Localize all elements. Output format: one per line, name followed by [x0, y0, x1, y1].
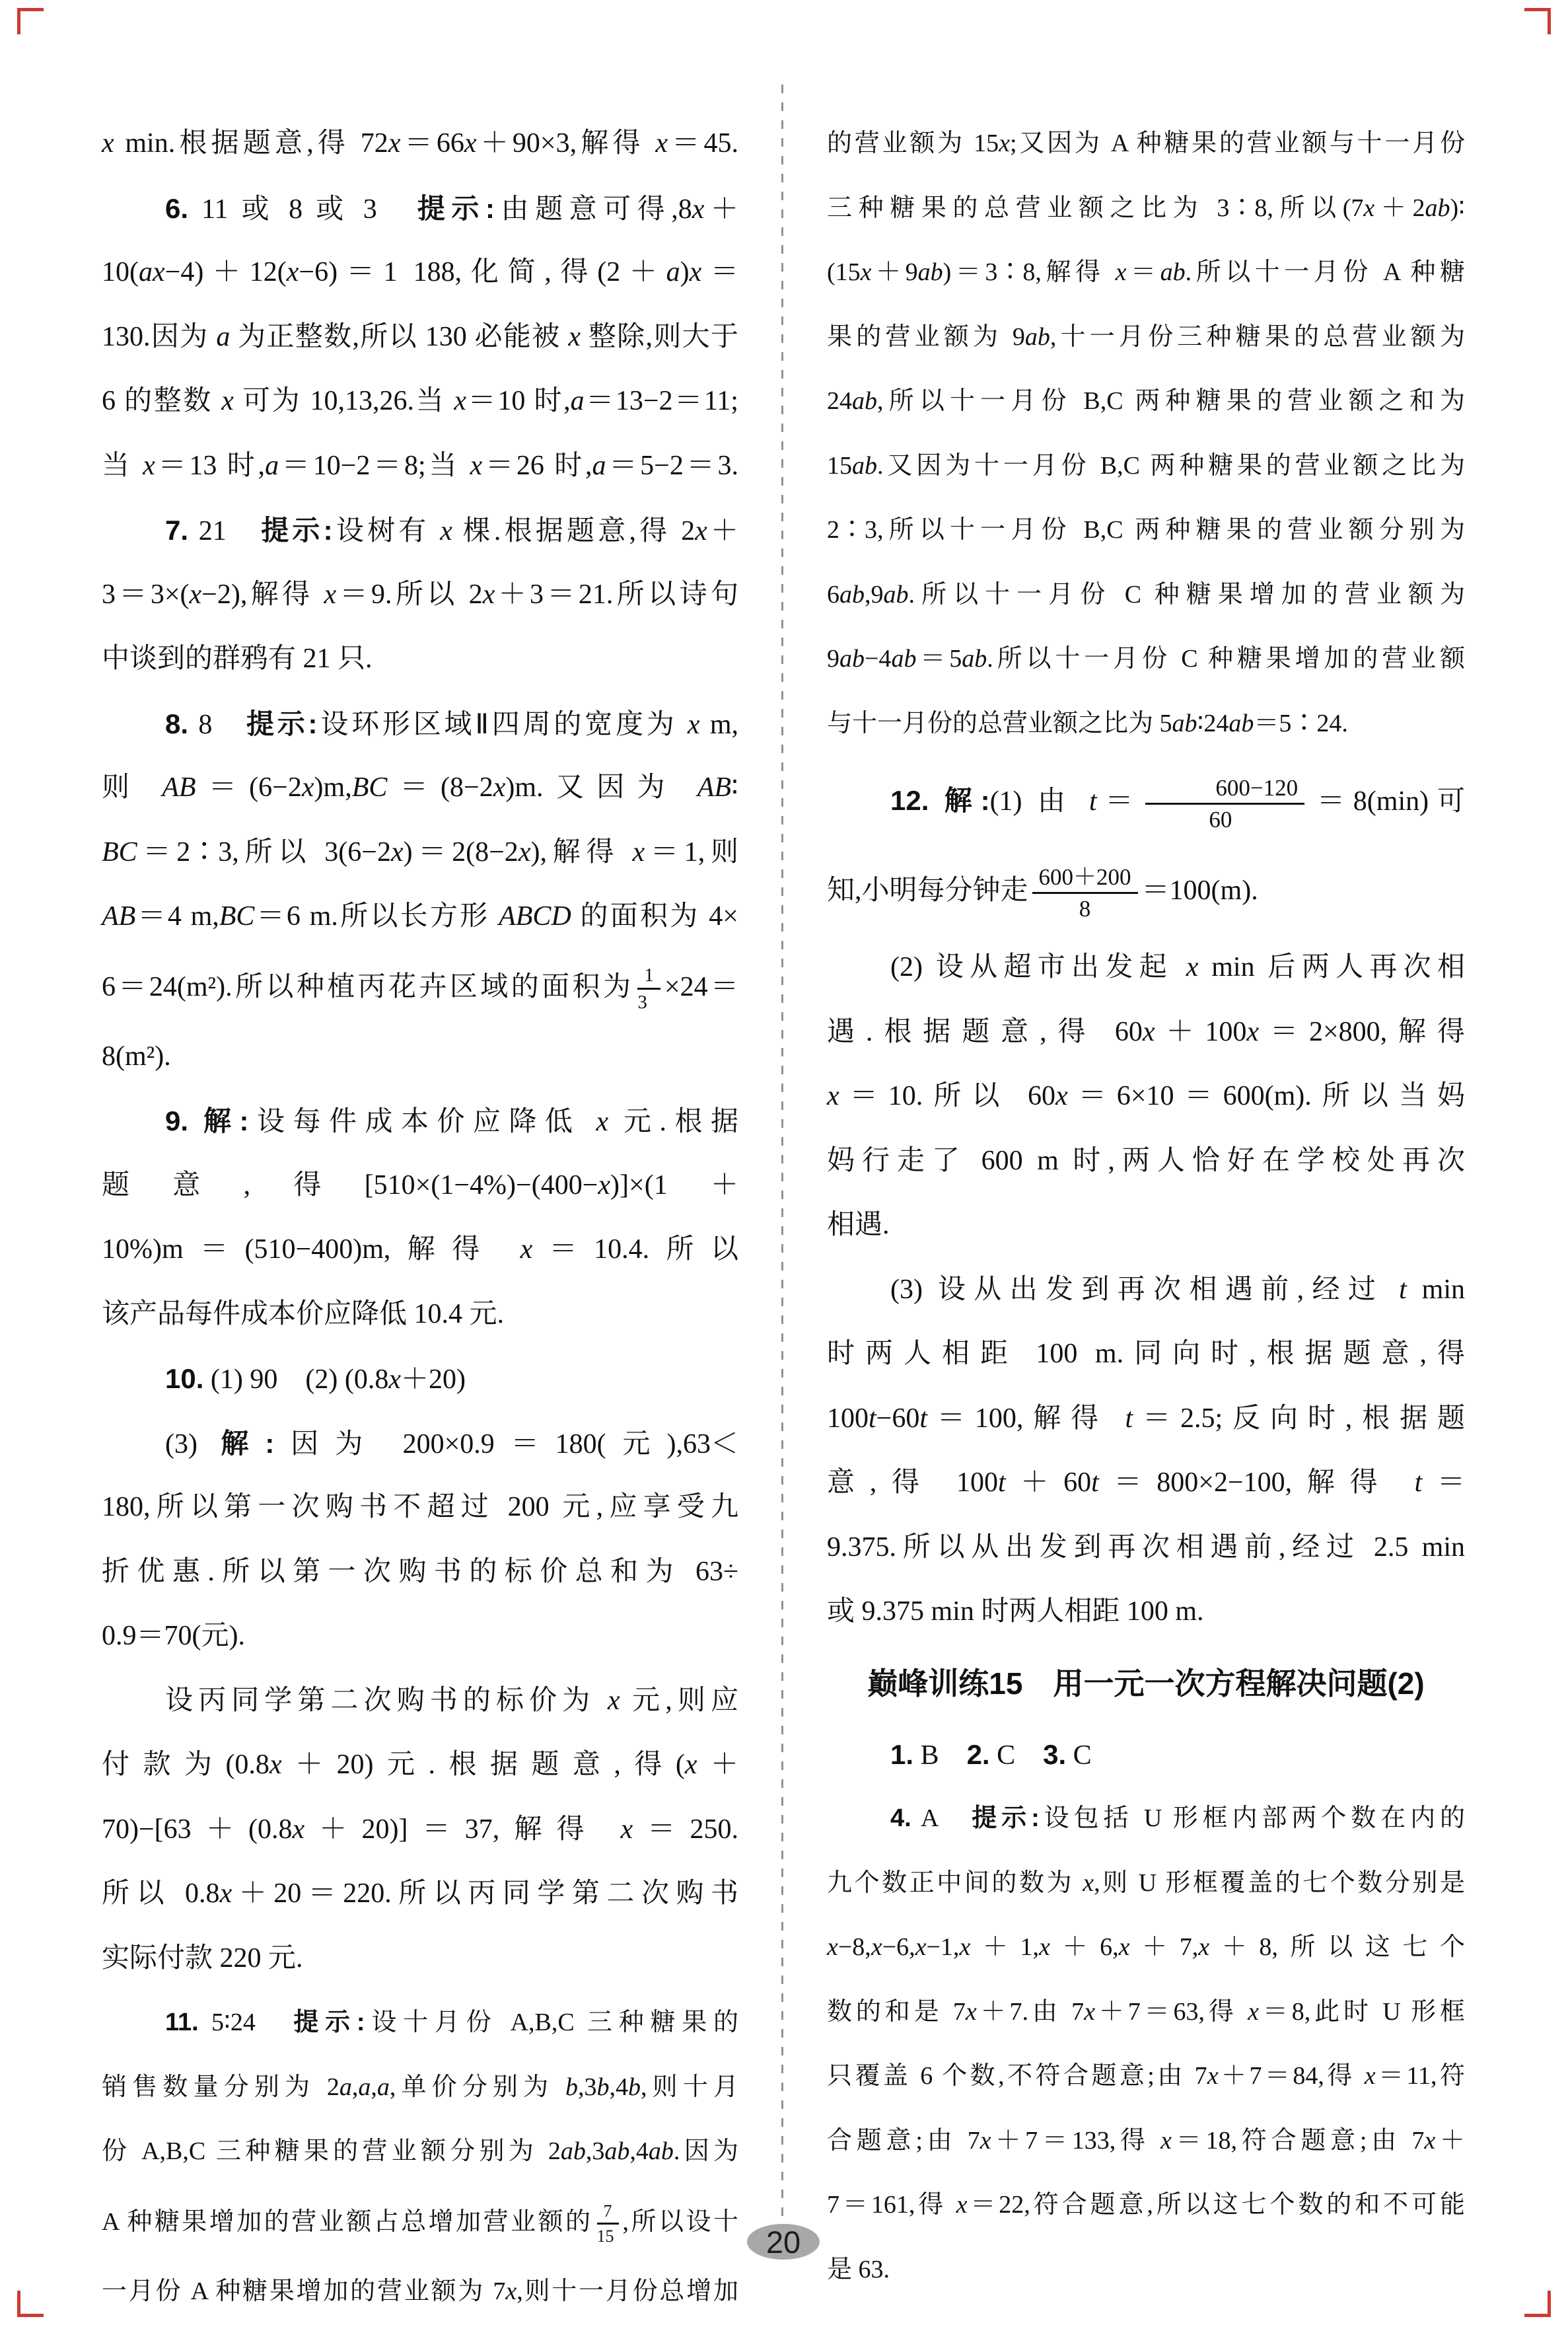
text-line: 意,得 100t＋60t＝800×2−100,解得 t＝	[827, 1451, 1465, 1516]
text-line: 9. 解:设每件成本价应降低 x 元.根据	[102, 1089, 738, 1154]
math-variable: a	[358, 2073, 371, 2101]
math-variable: x	[685, 1750, 697, 1780]
math-variable: x	[1119, 1933, 1130, 1961]
math-variable: x	[692, 194, 705, 225]
text-segment: x＝10.所以 60x＝6×10＝600(m).所以当妈	[827, 1081, 1465, 1111]
text-line: 一月份 A 种糖果增加的营业额为 7x,则十一月份总增加	[102, 2260, 738, 2324]
text-line: (2) 设从超市出发起 x min 后两人再次相	[827, 936, 1465, 1000]
text-segment: 因为 200×0.9＝180(元),63＜	[274, 1429, 738, 1459]
math-variable: x	[302, 772, 314, 803]
math-variable: x	[956, 2191, 968, 2219]
text-line: 6＝24(m²).所以种植丙花卉区域的面积为13×24＝	[102, 949, 738, 1025]
math-variable: x	[827, 1081, 839, 1111]
math-variable: ab	[604, 2137, 629, 2165]
text-segment: 遇.根据题意,得 60x＋100x＝2×800,解得	[827, 1017, 1465, 1047]
text-segment: 15ab.又因为十一月份 B,C 两种糖果的营业额之比为	[827, 452, 1465, 480]
text-line: 时两人相距 100 m.同向时,根据题意,得	[827, 1322, 1465, 1387]
text-line: 10%)m＝(510−400)m,解得 x＝10.4.所以	[102, 1218, 738, 1282]
text-segment: ＝8(min)可	[1308, 786, 1465, 817]
text-segment: 的营业额为 15x;又因为 A 种糖果的营业额与十一月份	[827, 129, 1465, 157]
math-variable: AB	[102, 901, 135, 932]
bold-label: 解:	[221, 1428, 274, 1459]
math-variable: x	[292, 1814, 304, 1845]
text-line: 果的营业额为 9ab,十一月份三种糖果的总营业额为	[827, 305, 1465, 370]
text-segment: 该产品每件成本价应降低 10.4 元.	[102, 1299, 504, 1329]
math-variable: x	[1055, 1081, 1068, 1111]
text-segment: 设树有 x 棵.根据题意,得 2x＋	[333, 516, 738, 546]
text-segment: BC＝2∶3,所以 3(6−2x)＝2(8−2x),解得 x＝1,则	[102, 837, 738, 867]
math-variable: x	[1143, 1017, 1155, 1047]
text-segment: 实际付款 220 元.	[102, 1943, 303, 1974]
corner-mark-top-right	[1524, 8, 1551, 34]
answer-book-page: x min.根据题意,得 72x＝66x＋90×3,解得 x＝45.6. 11 …	[0, 0, 1568, 2325]
math-variable: x	[454, 386, 466, 416]
math-variable: x	[102, 128, 114, 159]
page-number-badge: 20	[747, 2224, 820, 2260]
text-line: 6 的整数 x 可为 10,13,26.当 x＝10 时,a＝13−2＝11;	[102, 369, 738, 434]
math-variable: b	[596, 2073, 609, 2101]
math-variable: a	[216, 322, 230, 352]
math-variable: a	[666, 257, 680, 287]
fraction: 600−12060	[1145, 775, 1304, 832]
bold-label: 4.	[890, 1804, 911, 1832]
text-line: 12. 解:(1) 由 t＝600−12060＝8(min)可	[827, 756, 1465, 846]
text-line: (15x＋9ab)＝3∶8,解得 x＝ab.所以十一月份 A 种糖	[827, 240, 1465, 305]
math-variable: ab	[561, 2137, 586, 2165]
math-variable: x	[440, 516, 452, 546]
math-variable: x	[827, 1933, 838, 1961]
text-segment: (3) 设从出发到再次相遇前,经过 t min	[890, 1274, 1465, 1305]
math-variable: x	[861, 258, 872, 286]
math-variable: t	[1091, 1467, 1099, 1498]
math-variable: ab	[1425, 194, 1450, 222]
math-variable: BC	[352, 772, 388, 803]
text-segment: (3)	[165, 1429, 221, 1459]
text-segment: 折优惠.所以第一次购书的标价总和为 63÷	[102, 1557, 738, 1587]
bold-label: 解:	[203, 1105, 248, 1136]
math-variable: a	[592, 451, 606, 481]
text-segment: (1) 90 (2) (0.8x＋20)	[203, 1364, 466, 1395]
text-segment	[929, 786, 944, 817]
text-line: 付款为(0.8x＋20)元.根据题意,得(x＋	[102, 1733, 738, 1798]
text-line: x＝10.所以 60x＝6×10＝600(m).所以当妈	[827, 1064, 1465, 1129]
text-line: 相遇.	[827, 1193, 1465, 1258]
text-segment: AB＝4 m,BC＝6 m.所以长方形 ABCD 的面积为 4×	[102, 901, 738, 932]
text-line: 3＝3×(x−2),解得 x＝9.所以 2x＋3＝21.所以诗句	[102, 563, 738, 628]
text-segment	[188, 1107, 203, 1137]
text-line: 折优惠.所以第一次购书的标价总和为 63÷	[102, 1540, 738, 1605]
text-segment: ,所以设十	[623, 2208, 738, 2236]
math-variable: x	[388, 128, 401, 159]
text-segment: 3＝3×(x−2),解得 x＝9.所以 2x＋3＝21.所以诗句	[102, 579, 738, 610]
page-number: 20	[766, 2224, 801, 2260]
text-line: 或 9.375 min 时两人相距 100 m.	[827, 1580, 1465, 1644]
math-variable: ab	[1172, 710, 1197, 737]
bold-label: 解:	[944, 785, 990, 816]
text-line: 10(ax−4)＋12(x−6)＝1 188,化简,得(2＋a)x＝	[102, 240, 738, 305]
text-segment: 6＝24(m²).所以种植丙花卉区域的面积为	[102, 972, 633, 1002]
text-segment: x min.根据题意,得 72x＝66x＋90×3,解得 x＝45.	[102, 128, 738, 159]
text-line: 4. A 提示:设包括 U 形框内部两个数在内的	[827, 1787, 1465, 1851]
text-line: AB＝4 m,BC＝6 m.所以长方形 ABCD 的面积为 4×	[102, 885, 738, 949]
math-variable: x	[1116, 258, 1127, 286]
text-segment: B	[913, 1740, 967, 1771]
text-segment: 70)−[63＋(0.8x＋20)]＝37,解得 x＝250.	[102, 1814, 738, 1845]
math-variable: x	[596, 1107, 608, 1137]
math-variable: ab	[852, 452, 877, 480]
text-line: 0.9＝70(元).	[102, 1604, 738, 1669]
text-segment: 设包括 U 形框内部两个数在内的	[1040, 1804, 1465, 1832]
math-variable: ab	[1229, 710, 1254, 737]
text-segment: (1) 由 t＝	[990, 786, 1142, 817]
text-segment: 8(m²).	[102, 1041, 171, 1072]
text-segment: (15x＋9ab)＝3∶8,解得 x＝ab.所以十一月份 A 种糖	[827, 258, 1465, 286]
corner-mark-bottom-right	[1524, 2291, 1551, 2317]
math-variable: x	[220, 1878, 232, 1909]
text-segment: C	[990, 1740, 1044, 1771]
text-segment: 设丙同学第二次购书的标价为 x 元,则应	[165, 1685, 738, 1716]
text-segment: 九个数正中间的数为 x,则 U 形框覆盖的七个数分别是	[827, 1869, 1465, 1897]
text-segment: 180,所以第一次购书不超过 200 元,应享受九	[102, 1492, 738, 1522]
text-line: 中谈到的群鸦有 21 只.	[102, 627, 738, 692]
fraction: 600＋2008	[1032, 864, 1138, 922]
text-line: 与十一月份的总营业额之比为 5ab∶24ab＝5∶24.	[827, 692, 1465, 757]
bold-label: 1.	[890, 1739, 913, 1770]
text-segment: 10%)m＝(510−400)m,解得 x＝10.4.所以	[102, 1234, 738, 1265]
math-variable: x	[269, 1750, 282, 1780]
text-line: 只覆盖 6 个数,不符合题意;由 7x＋7＝84,得 x＝11,符	[827, 2044, 1465, 2109]
math-variable: x	[980, 2127, 991, 2155]
text-line: 销售数量分别为 2a,a,a,单价分别为 b,3b,4b,则十月	[102, 2055, 738, 2120]
math-variable: x	[1160, 2127, 1172, 2155]
text-segment: 6ab,9ab.所以十一月份 C 种糖果增加的营业额为	[827, 581, 1465, 609]
text-line: 当 x＝13 时,a＝10−2＝8;当 x＝26 时,a＝5−2＝3.	[102, 434, 738, 499]
text-line: 9ab−4ab＝5ab.所以十一月份 C 种糖果增加的营业额	[827, 627, 1465, 692]
math-variable: x	[221, 386, 234, 416]
math-variable: x	[493, 772, 506, 803]
text-segment: 相遇.	[827, 1210, 890, 1240]
bold-label: 提示:	[261, 515, 332, 546]
math-variable: x	[1084, 1998, 1095, 2026]
text-segment: 5∶24	[199, 2009, 294, 2036]
text-segment: 妈行走了 600 m 时,两人恰好在学校处再次	[827, 1146, 1465, 1176]
corner-mark-top-left	[17, 8, 44, 34]
text-segment: 与十一月份的总营业额之比为 5ab∶24ab＝5∶24.	[827, 710, 1348, 737]
math-variable: x	[520, 1234, 533, 1265]
text-segment: 中谈到的群鸦有 21 只.	[102, 644, 373, 674]
text-line: 100t−60t＝100,解得 t＝2.5;反向时,根据题	[827, 1387, 1465, 1452]
text-line: (3) 设从出发到再次相遇前,经过 t min	[827, 1258, 1465, 1323]
math-variable: x	[1248, 1998, 1259, 2026]
text-line: 130.因为 a 为正整数,所以 130 必能被 x 整除,则大于	[102, 305, 738, 370]
text-segment: 24ab,所以十一月份 B,C 两种糖果的营业额之和为	[827, 387, 1465, 415]
section-header: 巅峰训练15 用一元一次方程解决问题(2)	[827, 1644, 1465, 1722]
math-variable: x	[388, 1364, 401, 1395]
bold-label: 巅峰训练15 用一元一次方程解决问题(2)	[867, 1666, 1424, 1701]
math-variable: a	[571, 386, 585, 416]
math-variable: x	[598, 1170, 610, 1200]
text-line: 份 A,B,C 三种糖果的营业额分别为 2ab,3ab,4ab.因为	[102, 2120, 738, 2184]
math-variable: t	[1415, 1467, 1423, 1498]
math-variable: x	[871, 1933, 882, 1961]
right-text-column: 的营业额为 15x;又因为 A 种糖果的营业额与十一月份三种糖果的总营业额之比为…	[827, 0, 1465, 2302]
math-variable: x	[470, 451, 483, 481]
text-line: 8(m²).	[102, 1025, 738, 1089]
text-segment: 意,得 100t＋60t＝800×2−100,解得 t＝	[827, 1467, 1465, 1498]
text-line: 九个数正中间的数为 x,则 U 形框覆盖的七个数分别是	[827, 1851, 1465, 1916]
text-line: 该产品每件成本价应降低 10.4 元.	[102, 1282, 738, 1347]
text-segment: 9.375.所以从出发到再次相遇前,经过 2.5 min	[827, 1532, 1465, 1563]
math-variable: t	[1089, 786, 1097, 817]
text-line: 10. (1) 90 (2) (0.8x＋20)	[102, 1347, 738, 1411]
math-variable: x	[483, 579, 495, 610]
math-variable: x	[1039, 1933, 1050, 1961]
math-variable: ab	[852, 387, 877, 415]
text-segment: 由题意可得,8x＋	[495, 194, 738, 225]
left-text-column: x min.根据题意,得 72x＝66x＋90×3,解得 x＝45.6. 11 …	[102, 0, 738, 2324]
bold-label: 6.	[165, 193, 188, 224]
math-variable: x	[608, 1685, 620, 1716]
text-line: 15ab.又因为十一月份 B,C 两种糖果的营业额之比为	[827, 434, 1465, 499]
text-line: BC＝2∶3,所以 3(6−2x)＝2(8−2x),解得 x＝1,则	[102, 821, 738, 885]
math-variable: AB	[162, 772, 196, 803]
bold-label: 12.	[890, 785, 929, 816]
text-line: 设丙同学第二次购书的标价为 x 元,则应	[102, 1669, 738, 1734]
text-segment: 6 的整数 x 可为 10,13,26.当 x＝10 时,a＝13−2＝11;	[102, 386, 738, 416]
math-variable: ABCD	[499, 901, 571, 932]
fraction: 13	[637, 965, 660, 1014]
fraction: 715	[597, 2201, 619, 2246]
math-variable: x	[688, 710, 700, 740]
bold-label: 2.	[967, 1739, 990, 1770]
text-segment: 2∶3,所以十一月份 B,C 两种糖果的营业额分别为	[827, 516, 1465, 544]
math-variable: x	[690, 257, 702, 287]
text-line: x min.根据题意,得 72x＝66x＋90×3,解得 x＝45.	[102, 112, 738, 176]
text-segment: ×24＝	[664, 972, 738, 1002]
text-segment: 7＝161,得 x＝22,符合题意,所以这七个数的和不可能	[827, 2191, 1465, 2219]
math-variable: a	[377, 2073, 390, 2101]
math-variable: x	[959, 1933, 970, 1961]
text-segment: C	[1066, 1740, 1092, 1771]
math-variable: ab	[1160, 258, 1186, 286]
corner-mark-bottom-left	[17, 2291, 44, 2317]
math-variable: AB	[697, 772, 731, 803]
text-line: 6ab,9ab.所以十一月份 C 种糖果增加的营业额为	[827, 563, 1465, 628]
text-segment: 130.因为 a 为正整数,所以 130 必能被 x 整除,则大于	[102, 322, 738, 352]
math-variable: x	[1246, 1017, 1259, 1047]
text-segment: 10(ax−4)＋12(x−6)＝1 188,化简,得(2＋a)x＝	[102, 257, 738, 287]
math-variable: x	[695, 516, 707, 546]
text-line: 是 63.	[827, 2238, 1465, 2303]
text-segment: 设环形区域Ⅱ四周的宽度为 x m,	[318, 710, 738, 740]
text-line: 所以 0.8x＋20＝220.所以丙同学第二次购书	[102, 1862, 738, 1927]
text-line: 知,小明每分钟走600＋2008＝100(m).	[827, 846, 1465, 936]
math-variable: x	[999, 129, 1010, 157]
math-variable: x	[915, 1933, 927, 1961]
math-variable: x	[1207, 2062, 1219, 2090]
text-segment: 时两人相距 100 m.同向时,根据题意,得	[827, 1339, 1465, 1369]
math-variable: x	[1363, 194, 1374, 222]
math-variable: ab	[649, 2137, 674, 2165]
text-line: 题意,得[510×(1−4%)−(400−x)]×(1＋	[102, 1154, 738, 1218]
text-segment: 8	[188, 710, 246, 740]
text-segment: 数的和是 7x＋7.由 7x＋7＝63,得 x＝8,此时 U 形框	[827, 1998, 1465, 2026]
text-line: 9.375.所以从出发到再次相遇前,经过 2.5 min	[827, 1516, 1465, 1580]
text-line: 6. 11 或 8 或 3 提示:由题意可得,8x＋	[102, 176, 738, 241]
math-variable: ab	[884, 581, 909, 609]
math-variable: b	[565, 2073, 578, 2101]
math-variable: x	[1186, 952, 1199, 982]
text-segment: 份 A,B,C 三种糖果的营业额分别为 2ab,3ab,4ab.因为	[102, 2137, 738, 2165]
text-line: 1. B 2. C 3. C	[827, 1722, 1465, 1787]
text-segment: 知,小明每分钟走	[827, 875, 1028, 906]
math-variable: x	[1424, 2127, 1435, 2155]
text-segment: 设每件成本价应降低 x 元.根据	[249, 1107, 738, 1137]
text-line: 实际付款 220 元.	[102, 1927, 738, 1991]
math-variable: t	[998, 1467, 1006, 1498]
bold-label: 9.	[165, 1105, 188, 1136]
math-variable: x	[568, 322, 581, 352]
math-variable: a	[265, 451, 279, 481]
math-variable: x	[190, 579, 202, 610]
bold-label: 提示:	[246, 708, 318, 739]
bold-label: 提示:	[417, 193, 495, 224]
text-line: 数的和是 7x＋7.由 7x＋7＝63,得 x＝8,此时 U 形框	[827, 1980, 1465, 2045]
text-segment: (2) 设从超市出发起 x min 后两人再次相	[890, 952, 1465, 982]
math-variable: ab	[962, 645, 987, 673]
text-segment: A 种糖果增加的营业额占总增加营业额的	[102, 2208, 593, 2236]
bold-label: 11.	[165, 2009, 199, 2036]
text-line: A 种糖果增加的营业额占总增加营业额的715,所以设十	[102, 2184, 738, 2260]
text-line: 三种糖果的总营业额之比为 3∶8,所以(7x＋2ab)∶	[827, 176, 1465, 241]
math-variable: x	[655, 128, 668, 159]
text-segment: A	[911, 1804, 972, 1832]
math-variable: BC	[219, 901, 255, 932]
math-variable: BC	[102, 837, 137, 867]
text-segment: 销售数量分别为 2a,a,a,单价分别为 b,3b,4b,则十月	[102, 2073, 738, 2101]
math-variable: x	[324, 579, 336, 610]
text-segment: 则 AB＝(6−2x)m,BC＝(8−2x)m.又因为 AB∶	[102, 772, 738, 803]
text-segment: x−8,x−6,x−1,x＋1,x＋6,x＋7,x＋8,所以这七个	[827, 1933, 1465, 1961]
text-segment: 三种糖果的总营业额之比为 3∶8,所以(7x＋2ab)∶	[827, 194, 1465, 222]
text-segment: 只覆盖 6 个数,不符合题意;由 7x＋7＝84,得 x＝11,符	[827, 2062, 1465, 2090]
bold-label: 8.	[165, 708, 188, 739]
math-variable: t	[869, 1403, 876, 1434]
text-segment: 题意,得[510×(1−4%)−(400−x)]×(1＋	[102, 1170, 738, 1200]
text-segment: 所以 0.8x＋20＝220.所以丙同学第二次购书	[102, 1878, 738, 1909]
text-segment: 当 x＝13 时,a＝10−2＝8;当 x＝26 时,a＝5−2＝3.	[102, 451, 738, 481]
math-variable: b	[628, 2073, 641, 2101]
math-variable: x	[287, 257, 299, 287]
text-segment: 合题意;由 7x＋7＝133,得 x＝18,符合题意;由 7x＋	[827, 2127, 1465, 2155]
text-line: 24ab,所以十一月份 B,C 两种糖果的营业额之和为	[827, 369, 1465, 434]
text-segment: 果的营业额为 9ab,十一月份三种糖果的总营业额为	[827, 323, 1465, 351]
math-variable: ab	[1025, 323, 1050, 351]
bold-label: 10.	[165, 1363, 203, 1394]
math-variable: ax	[139, 257, 165, 287]
text-segment: 或 9.375 min 时两人相距 100 m.	[827, 1596, 1204, 1627]
math-variable: ab	[839, 645, 865, 673]
math-variable: a	[339, 2073, 352, 2101]
math-variable: x	[518, 837, 531, 867]
bold-label: 3.	[1043, 1739, 1066, 1770]
text-segment: 11 或 8 或 3	[188, 194, 417, 225]
math-variable: x	[391, 837, 404, 867]
math-variable: x	[633, 837, 645, 867]
text-segment: 是 63.	[827, 2256, 890, 2283]
text-line: 则 AB＝(6−2x)m,BC＝(8−2x)m.又因为 AB∶	[102, 756, 738, 821]
math-variable: t	[1399, 1274, 1407, 1305]
math-variable: t	[1125, 1403, 1133, 1434]
text-line: 7. 21 提示:设树有 x 棵.根据题意,得 2x＋	[102, 498, 738, 563]
bold-label: 提示:	[293, 2009, 365, 2036]
text-segment: ＝100(m).	[1142, 875, 1258, 906]
text-line: 7＝161,得 x＝22,符合题意,所以这七个数的和不可能	[827, 2173, 1465, 2238]
math-variable: x	[1198, 1933, 1209, 1961]
bold-label: 提示:	[972, 1804, 1040, 1832]
text-segment: 一月份 A 种糖果增加的营业额为 7x,则十一月份总增加	[102, 2277, 738, 2305]
text-segment: 100t−60t＝100,解得 t＝2.5;反向时,根据题	[827, 1403, 1465, 1434]
math-variable: ab	[918, 258, 943, 286]
text-segment: 9ab−4ab＝5ab.所以十一月份 C 种糖果增加的营业额	[827, 645, 1465, 673]
math-variable: x	[1365, 2062, 1376, 2090]
text-segment: 21	[188, 516, 261, 546]
text-line: x−8,x−6,x−1,x＋1,x＋6,x＋7,x＋8,所以这七个	[827, 1915, 1465, 1980]
text-segment: 付款为(0.8x＋20)元.根据题意,得(x＋	[102, 1750, 738, 1780]
math-variable: x	[505, 2277, 517, 2305]
math-variable: x	[966, 1998, 977, 2026]
math-variable: ab	[839, 581, 865, 609]
column-divider-dashed-line	[781, 85, 783, 2216]
text-line: 2∶3,所以十一月份 B,C 两种糖果的营业额分别为	[827, 498, 1465, 563]
text-line: 11. 5∶24 提示:设十月份 A,B,C 三种糖果的	[102, 1991, 738, 2055]
text-line: 70)−[63＋(0.8x＋20)]＝37,解得 x＝250.	[102, 1798, 738, 1863]
math-variable: x	[464, 128, 477, 159]
text-line: 合题意;由 7x＋7＝133,得 x＝18,符合题意;由 7x＋	[827, 2109, 1465, 2174]
math-variable: x	[1083, 1869, 1094, 1897]
text-line: 180,所以第一次购书不超过 200 元,应享受九	[102, 1475, 738, 1540]
text-segment: 设十月份 A,B,C 三种糖果的	[365, 2009, 738, 2036]
math-variable: t	[919, 1403, 927, 1434]
text-line: 妈行走了 600 m 时,两人恰好在学校处再次	[827, 1129, 1465, 1194]
text-segment: 0.9＝70(元).	[102, 1621, 245, 1651]
text-line: 8. 8 提示:设环形区域Ⅱ四周的宽度为 x m,	[102, 692, 738, 757]
math-variable: ab	[891, 645, 916, 673]
bold-label: 7.	[165, 515, 188, 546]
text-line: 遇.根据题意,得 60x＋100x＝2×800,解得	[827, 1000, 1465, 1065]
math-variable: x	[620, 1814, 633, 1845]
math-variable: x	[143, 451, 155, 481]
text-line: 的营业额为 15x;又因为 A 种糖果的营业额与十一月份	[827, 112, 1465, 176]
text-line: (3) 解:因为 200×0.9＝180(元),63＜	[102, 1411, 738, 1476]
